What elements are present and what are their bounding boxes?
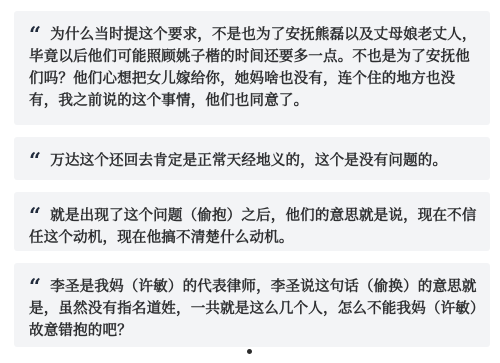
quote-1-content: 为什么当时提这个要求，不是也为了安抚熊磊以及丈母娘老丈人，毕竟以后他们可能照顾姚…	[29, 27, 477, 109]
quote-open-icon: “	[29, 205, 41, 226]
article-page: “为什么当时提这个要求，不是也为了安抚熊磊以及丈母娘老丈人，毕竟以后他们可能照顾…	[0, 0, 500, 363]
quote-4-content: 李圣是我妈（许敏）的代表律师，李圣说这句话（偷换）的意思就是，虽然没有指名道姓，…	[29, 279, 477, 339]
quote-text-2: “万达这个还回去肯定是正常天经地义的，这个是没有问题的。	[29, 150, 478, 172]
quote-open-icon: “	[29, 24, 41, 45]
quote-text-1: “为什么当时提这个要求，不是也为了安抚熊磊以及丈母娘老丈人，毕竟以后他们可能照顾…	[29, 24, 478, 112]
quote-open-icon: “	[29, 150, 41, 171]
quote-text-4: “李圣是我妈（许敏）的代表律师，李圣说这句话（偷换）的意思就是，虽然没有指名道姓…	[29, 276, 478, 342]
quote-open-icon: “	[29, 276, 41, 297]
quote-block-2: “万达这个还回去肯定是正常天经地义的，这个是没有问题的。	[14, 137, 490, 180]
pagination-dot	[247, 349, 252, 354]
quote-block-4: “李圣是我妈（许敏）的代表律师，李圣说这句话（偷换）的意思就是，虽然没有指名道姓…	[14, 263, 490, 347]
quote-block-1: “为什么当时提这个要求，不是也为了安抚熊磊以及丈母娘老丈人，毕竟以后他们可能照顾…	[14, 11, 490, 125]
quote-block-3: “就是出现了这个问题（偷抱）之后，他们的意思就是说，现在不信任这个动机，现在他搞…	[14, 192, 490, 251]
quote-2-content: 万达这个还回去肯定是正常天经地义的，这个是没有问题的。	[50, 153, 447, 169]
quote-text-3: “就是出现了这个问题（偷抱）之后，他们的意思就是说，现在不信任这个动机，现在他搞…	[29, 205, 478, 249]
quote-3-content: 就是出现了这个问题（偷抱）之后，他们的意思就是说，现在不信任这个动机，现在他搞不…	[29, 208, 477, 246]
